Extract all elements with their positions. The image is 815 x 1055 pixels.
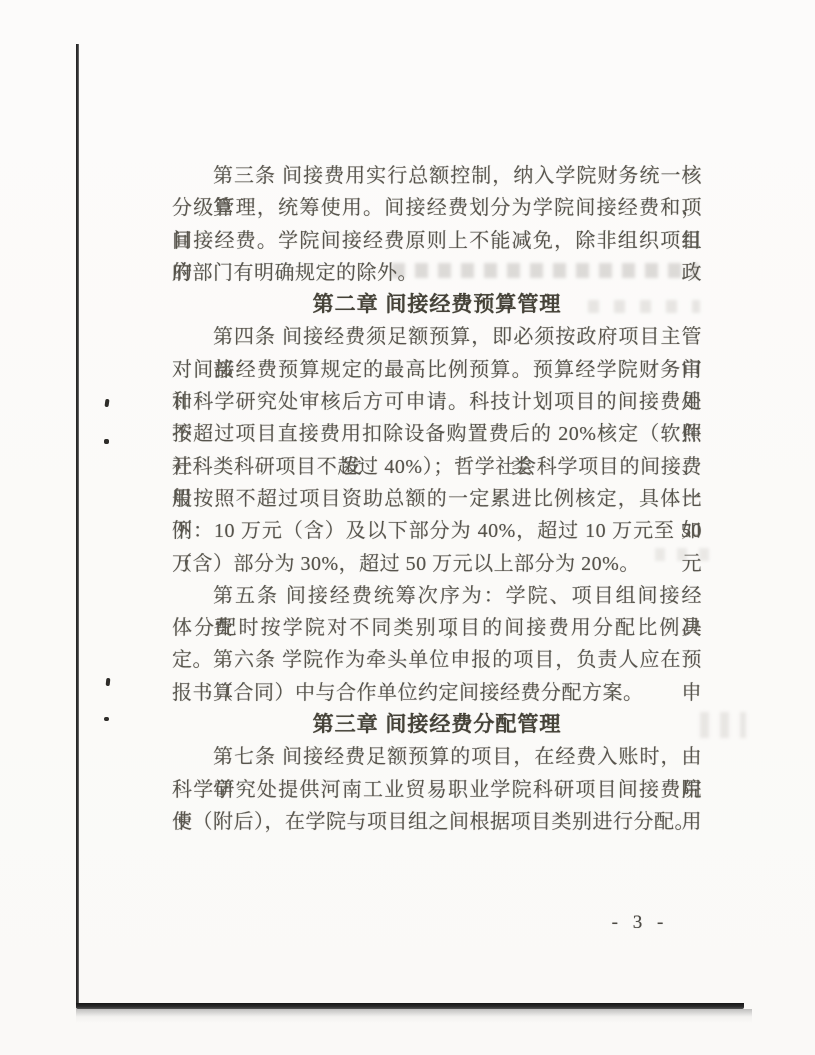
bleedthrough-artifact: [700, 712, 746, 738]
chapter-heading: 第二章 间接经费预算管理: [172, 289, 702, 321]
page-bottom-soft-shadow: [76, 1009, 752, 1023]
page-number: - 3 -: [600, 912, 680, 934]
ink-speck: [106, 678, 111, 686]
text-line: 社科类科研项目不超过 40%）；哲学社会科学项目的间接费用一: [172, 451, 702, 483]
text-line: 第六条 学院作为牵头单位申报的项目，负责人应在预算申: [172, 644, 702, 676]
scanned-document-page: 第三条 间接费用实行总额控制，纳入学院财务统一核算，分级管理，统筹使用。间接经费…: [0, 0, 815, 1055]
text-line: 对间接经费预算规定的最高比例预算。预算经学院财务审计处: [172, 354, 702, 386]
text-line: 第四条 间接经费须足额预算，即必须按政府项目主管部门: [172, 321, 702, 353]
text-line: 般按照不超过项目资助总额的一定累进比例核定，具体比例如: [172, 483, 702, 515]
text-line: 不超过项目直接费用扣除设备购置费后的 20%核定（软件开发类、: [172, 418, 702, 450]
text-line: 体分配时按学院对不同类别项目的间接费用分配比例决定。: [172, 612, 702, 644]
text-line: 第三条 间接费用实行总额控制，纳入学院财务统一核算，: [172, 160, 702, 192]
text-line: 间接经费。学院间接经费原则上不能减免，除非组织项目的政: [172, 225, 702, 257]
text-line: 第七条 间接经费足额预算的项目，在经费入账时，由学院: [172, 741, 702, 773]
text-line: （含）部分为 30%，超过 50 万元以上部分为 20%。: [172, 548, 702, 580]
text-line: 分级管理，统筹使用。间接经费划分为学院间接经费和项目组: [172, 192, 702, 224]
text-line: 科学研究处提供河南工业贸易职业学院科研项目间接费用使用: [172, 774, 702, 806]
text-line: 卡（附后），在学院与项目组之间根据项目类别进行分配。: [172, 806, 702, 838]
ink-speck: [104, 399, 109, 407]
text-line: 报书（合同）中与合作单位约定间接经费分配方案。: [172, 677, 702, 709]
page-left-edge-shadow: [76, 44, 79, 1008]
ink-speck: [104, 439, 109, 444]
ink-speck: [104, 717, 109, 721]
text-line: 下：10 万元（含）及以下部分为 40%，超过 10 万元至 50 万元: [172, 515, 702, 547]
text-line: 和科学研究处审核后方可申请。科技计划项目的间接费用按照: [172, 386, 702, 418]
text-line: 第五条 间接经费统筹次序为：学院、项目组间接经费，具: [172, 580, 702, 612]
document-body: 第三条 间接费用实行总额控制，纳入学院财务统一核算，分级管理，统筹使用。间接经费…: [172, 160, 702, 838]
chapter-heading: 第三章 间接经费分配管理: [172, 709, 702, 741]
